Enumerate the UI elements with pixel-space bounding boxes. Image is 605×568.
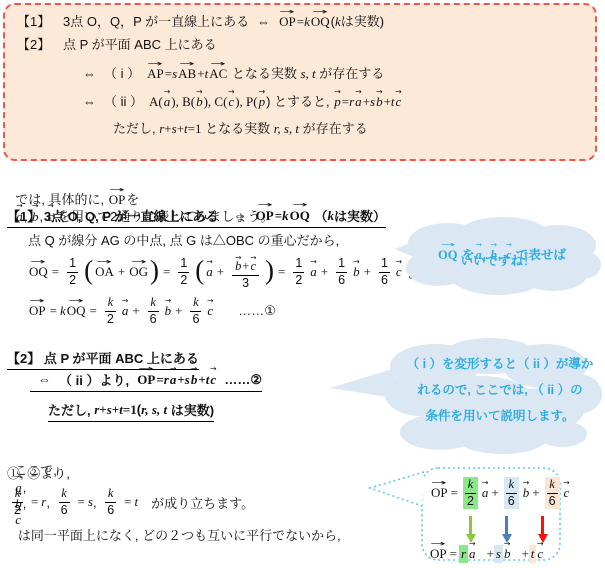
box-line-3: ⇔ （ i ） AP = s AB + t AC となる実数 s, t が存在す… <box>75 66 587 82</box>
cloud2-line3: 条件を用いて説明します。 <box>400 408 600 424</box>
vector-oq: OQ <box>290 208 310 224</box>
vector-op: OP <box>431 485 448 501</box>
bubble-formula-bottom: OP = ra + sb + tc <box>429 545 544 563</box>
ref-2: ……② <box>217 372 262 388</box>
iff-symbol: ⇔ <box>38 372 51 387</box>
highlight-k6-blue: k6 <box>504 477 519 508</box>
vector-oa: OA <box>95 264 114 280</box>
section1-subline: 点 Q が線分 AG の中点, 点 G は△OBC の重心だから, <box>28 233 339 249</box>
cloud1-line2: いいですね！ <box>398 253 598 269</box>
cloud2-line2: れるので, ここでは, （ ii ）の <box>400 382 600 398</box>
highlight-k6-peach: k6 <box>545 477 560 508</box>
vector-op: OP <box>29 303 46 319</box>
section2-condition-line: ⇔ （ ii ）より, OP = ra + sb + tc ……② <box>30 370 262 392</box>
vector-ap: AP <box>147 66 164 82</box>
iff-symbol: ⇔ <box>257 14 270 30</box>
down-arrow-red-icon <box>541 516 544 535</box>
box-line-5: ただし, r+ s+ t= 1 となる実数 r, s, t が存在する <box>113 121 587 137</box>
iff-symbol: ⇔ <box>83 66 96 82</box>
vector-op: OP <box>279 14 296 30</box>
section2-note-line: ただし, r+ s+ t= 1 ( r, s, t は実数) <box>48 400 214 422</box>
box-line-1: 【1】 3点 O，Q，P が一直線上にある ⇔ OP = k OQ (kは実数) <box>17 14 587 30</box>
formula-op: OP = k OQ = k2 a + k6 b + k6 c ……① <box>28 294 276 328</box>
formula-oq: OQ = 12 ( OA + OG ) = 12 ( a + b+c 3 ) =… <box>28 252 436 292</box>
iff-symbol: ⇔ <box>234 208 247 223</box>
formula-krst: k2 = r, k6 = s, k6 = t が成り立ちます。 <box>7 484 254 520</box>
highlight-t-peach: t <box>529 545 537 563</box>
bubble-formula-top: OP = k2 a + k6 b + k6 c <box>430 479 570 507</box>
vector-oq: OQ <box>311 14 330 30</box>
ref-1: ……① <box>238 303 276 319</box>
item-label: 【1】 <box>17 14 63 30</box>
item-label: 【2】 <box>17 37 63 53</box>
highlight-s-blue: s <box>494 545 503 563</box>
vector-ab: AB <box>178 66 196 82</box>
down-arrow-green-icon <box>469 516 472 535</box>
cloud2-line1: （ i ）を変形すると（ ii ）が導か <box>400 356 600 372</box>
highlight-k2-green: k2 <box>463 477 478 508</box>
vector-ac: AC <box>209 66 227 82</box>
box-line-4: ⇔ （ ii ） A(a ), B(b ), C(c ), P(p ) とすると… <box>75 94 587 110</box>
box-line-2: 【2】 点 P が平面 ABC 上にある <box>17 37 587 53</box>
vector-oq: OQ <box>67 303 86 319</box>
vector-oq: OQ <box>29 264 48 280</box>
section1-heading: 【1】 3点 O, Q, P が一直線上にある ⇔ OP = k OQ （kは実… <box>7 206 386 228</box>
vector-op: OP <box>256 208 274 224</box>
refs-line: ①, ②より, <box>7 466 70 482</box>
summary-box: 【1】 3点 O，Q，P が一直線上にある ⇔ OP = k OQ (kは実数)… <box>3 3 597 161</box>
vector-op: OP <box>137 372 155 388</box>
vector-op: OP <box>430 546 447 562</box>
highlight-r-green: r <box>459 545 468 563</box>
iff-symbol: ⇔ <box>83 94 96 110</box>
vector-og: OG <box>129 264 148 280</box>
down-arrow-blue-icon <box>505 516 508 535</box>
